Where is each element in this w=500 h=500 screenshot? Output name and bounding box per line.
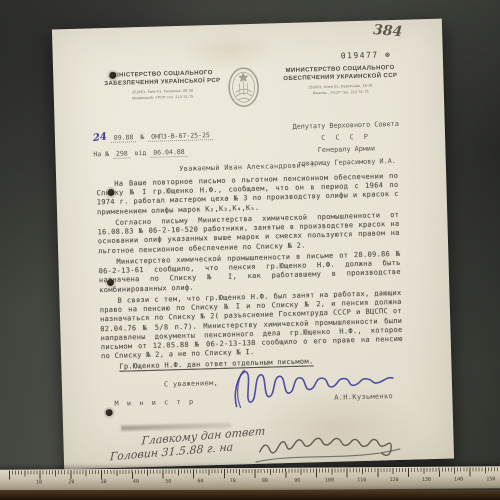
paragraph: В связи с тем, что гр.Ющенко Н.Ф. был за… — [99, 289, 403, 362]
document-stamp-number: 019477 ⊛ — [341, 50, 392, 60]
letterhead-russian: МИНИСТЕРСТВО СОЦИАЛЬНОГО ОБЕСПЕЧЕНИЯ УКР… — [261, 63, 420, 97]
letter-body: На Ваше повторное письмо о льготном пенс… — [96, 172, 403, 375]
stamp-number: 019477 — [341, 50, 379, 60]
number-label: № — [140, 133, 144, 141]
incoming-reference-line: На № 298 від 06.04.88 — [93, 146, 263, 159]
ruler-number: 150 — [475, 476, 500, 482]
metal-ruler: 102030405060708090100110120130140150 — [0, 466, 500, 492]
ruler-number: 20 — [55, 479, 87, 485]
minister-signature — [229, 357, 420, 412]
letter-document: 384 019477 ⊛ МІНІСТЕРСТВО СОЦІАЛЬНОГО ЗА… — [52, 19, 454, 470]
paragraph: На Ваше повторное письмо о льготном пенс… — [96, 172, 399, 217]
ruler-number: 110 — [346, 477, 378, 483]
closing-block: С уважением, М и н и с т р А.Н.Кузьменко — [102, 374, 412, 383]
ruler-number: 60 — [184, 478, 216, 484]
ministry-address-ru: 252601, Киев-51, Кузнечная, 28-30 Межгор… — [262, 82, 420, 97]
ruler-number: 30 — [88, 479, 120, 485]
ruler-number: 70 — [217, 478, 249, 484]
ruler-number: 90 — [281, 478, 313, 484]
state-emblem-icon — [225, 66, 262, 109]
outgoing-number: ОНПЗ-В-67-25-25 — [148, 131, 213, 142]
reply-label: На № — [93, 150, 109, 158]
letterhead-ukrainian: МІНІСТЕРСТВО СОЦІАЛЬНОГО ЗАБЕЗПЕЧЕННЯ УК… — [83, 68, 242, 102]
ruler-edge-shadow — [0, 490, 500, 500]
archive-page-number: 384 — [372, 22, 402, 40]
reply-number: 298 — [113, 149, 131, 158]
ruler-number: 80 — [249, 478, 281, 484]
ruler-number: 10 — [23, 479, 55, 485]
outgoing-date: 09.88 — [111, 133, 137, 143]
ruler-number: 130 — [410, 477, 442, 483]
handwritten-day: 24 — [92, 131, 107, 144]
star-stamp-icon: ⊛ — [385, 50, 392, 59]
paragraph: Министерство химической промышленности в… — [98, 250, 401, 295]
paragraph: Согласно письму Министерства химической … — [97, 211, 400, 256]
ruler-number: 120 — [378, 477, 410, 483]
punch-hole — [106, 409, 113, 416]
ministry-title-uk: МІНІСТЕРСТВО СОЦІАЛЬНОГО ЗАБЕЗПЕЧЕННЯ УК… — [83, 68, 241, 89]
reply-from-label: від — [135, 149, 147, 157]
handwritten-resolution: Главкому дан ответ Головин 31.5.88 г. на — [63, 416, 453, 427]
ruler-number: 140 — [442, 476, 474, 482]
minister-title: М и н и с т р — [114, 398, 195, 408]
ministry-title-ru: МИНИСТЕРСТВО СОЦИАЛЬНОГО ОБЕСПЕЧЕНИЯ УКР… — [261, 63, 419, 84]
resolution-signature — [253, 432, 404, 466]
ministry-address-uk: 252601, Київ-51, Кузнечна, 28-30 Міжмісь… — [84, 87, 242, 102]
ruler-number: 100 — [313, 477, 345, 483]
ruler-number: 50 — [152, 478, 184, 484]
regards-text: С уважением, — [164, 379, 218, 389]
reference-block: 24 09.88 № ОНПЗ-В-67-25-25 На № 298 від … — [93, 128, 264, 166]
photo-of-letter: { "corner": { "page_number_handwritten":… — [0, 0, 500, 500]
ruler-number: 40 — [120, 479, 152, 485]
reply-date: 06.04.88 — [150, 148, 188, 158]
